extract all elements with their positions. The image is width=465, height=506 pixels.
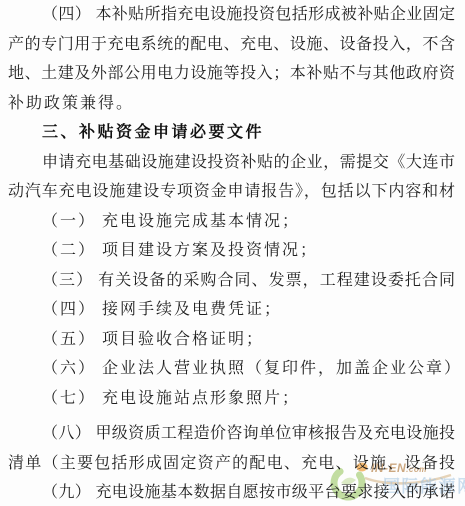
doc-line-1: （四） 本补贴所指充电设施投资包括形成被补贴企业固定资 [8, 0, 455, 30]
list-item-7: （七） 充电设施站点形象照片； [8, 384, 455, 414]
list-item-3: （三） 有关设备的采购合同、发票，工程建设委托合同等； [8, 266, 455, 296]
list-item-5: （五） 项目验收合格证明； [8, 325, 455, 355]
doc-line-7: 动汽车充电设施建设专项资金申请报告》，包括以下内容和材料： [8, 177, 455, 207]
doc-line-3: 地、土建及外部公用电力设施等投入；本补贴不与其他政府资金 [8, 59, 455, 89]
doc-line-6: 申请充电基础设施建设投资补贴的企业，需提交《大连市电 [8, 148, 455, 178]
list-item-8-line-2: 清单（主要包括形成固定资产的配电、充电、设施、设备投入）； [8, 449, 455, 479]
doc-line-2: 产的专门用于充电系统的配电、充电、设施、设备投入，不含土 [8, 30, 455, 60]
list-item-8-line-1: （八） 甲级资质工程造价咨询单位审核报告及充电设施投资 [8, 419, 455, 449]
document-page: IN-EN.com 国际能源网 （四） 本补贴所指充电设施投资包括形成被补贴企业… [0, 0, 465, 506]
list-item-1: （一） 充电设施完成基本情况； [8, 207, 455, 237]
doc-line-4: 补助政策兼得。 [8, 89, 455, 119]
section-heading: 三、补贴资金申请必要文件 [8, 118, 455, 148]
document-text: （四） 本补贴所指充电设施投资包括形成被补贴企业固定资 产的专门用于充电系统的配… [0, 0, 465, 506]
list-item-9: （九） 充电设施基本数据自愿按市级平台要求接入的承诺函。 [8, 478, 455, 506]
list-item-2: （二） 项目建设方案及投资情况； [8, 236, 455, 266]
list-item-6: （六） 企业法人营业执照（复印件，加盖企业公章）； [8, 354, 455, 384]
list-item-4: （四） 接网手续及电费凭证； [8, 295, 455, 325]
